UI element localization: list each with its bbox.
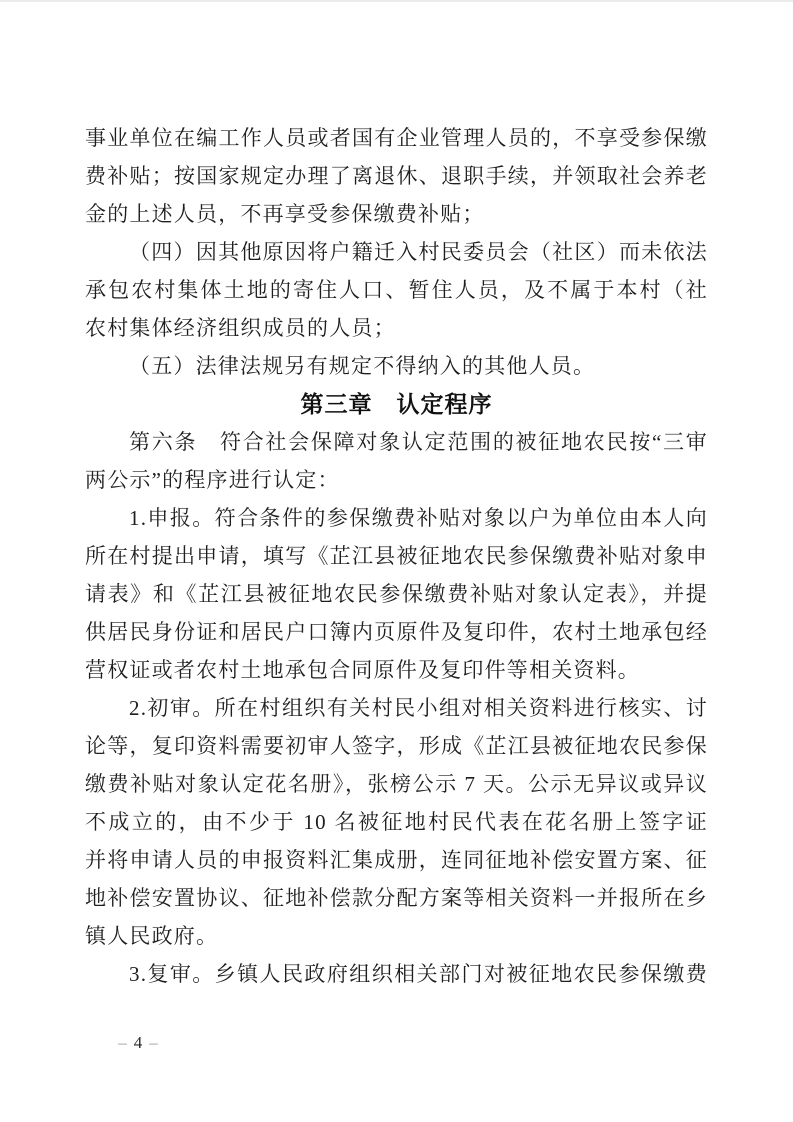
text-line: 镇人民政府。 <box>85 917 708 955</box>
paragraph-step1-declare: 1.申报。符合条件的参保缴费补贴对象以户为单位由本人向 所在村提出申请，填写《芷… <box>85 499 708 689</box>
page-number: 4 <box>134 1033 143 1052</box>
page-footer: –4– <box>85 1033 191 1053</box>
text-line: 不成立的，由不少于 10 名被征地村民代表在花名册上签字证明， <box>85 803 708 841</box>
text-line: （四）因其他原因将户籍迁入村民委员会（社区）而未依法 <box>85 233 708 271</box>
text-line: 地补偿安置协议、征地补偿款分配方案等相关资料一并报所在乡 <box>85 879 708 917</box>
paragraph-step3-re-review: 3.复审。乡镇人民政府组织相关部门对被征地农民参保缴费 <box>85 955 708 993</box>
paragraph-continuation: 事业单位在编工作人员或者国有企业管理人员的，不享受参保缴 费补贴；按国家规定办理… <box>85 119 708 233</box>
paragraph-step2-initial-review: 2.初审。所在村组织有关村民小组对相关资料进行核实、讨 论等，复印资料需要初审人… <box>85 689 708 955</box>
text-line: 农村集体经济组织成员的人员； <box>85 309 708 347</box>
text-line: 事业单位在编工作人员或者国有企业管理人员的，不享受参保缴 <box>85 119 708 157</box>
text-line: 3.复审。乡镇人民政府组织相关部门对被征地农民参保缴费 <box>85 955 708 993</box>
text-line: 营权证或者农村土地承包合同原件及复印件等相关资料。 <box>85 651 708 689</box>
chapter-heading: 第三章 认定程序 <box>85 385 708 423</box>
page-number-dash-left: – <box>118 1033 127 1052</box>
text-line: 2.初审。所在村组织有关村民小组对相关资料进行核实、讨 <box>85 689 708 727</box>
page-number-dash-right: – <box>149 1033 158 1052</box>
text-line: （五）法律法规另有规定不得纳入的其他人员。 <box>85 347 708 385</box>
paragraph-article-six: 第六条 符合社会保障对象认定范围的被征地农民按“三审 两公示”的程序进行认定： <box>85 423 708 499</box>
text-line: 两公示”的程序进行认定： <box>85 461 708 499</box>
text-line: 供居民身份证和居民户口簿内页原件及复印件，农村土地承包经 <box>85 613 708 651</box>
paragraph-item-four: （四）因其他原因将户籍迁入村民委员会（社区）而未依法 承包农村集体土地的寄住人口… <box>85 233 708 347</box>
text-line: 所在村提出申请，填写《芷江县被征地农民参保缴费补贴对象申 <box>85 537 708 575</box>
text-line: 请表》和《芷江县被征地农民参保缴费补贴对象认定表》，并提 <box>85 575 708 613</box>
document-page: { "content": { "para_continuation": { "l… <box>0 0 793 1122</box>
document-body: 事业单位在编工作人员或者国有企业管理人员的，不享受参保缴 费补贴；按国家规定办理… <box>85 119 708 993</box>
text-line: 论等，复印资料需要初审人签字，形成《芷江县被征地农民参保 <box>85 727 708 765</box>
text-line: 缴费补贴对象认定花名册》，张榜公示 7 天。公示无异议或异议 <box>85 765 708 803</box>
text-line: 金的上述人员，不再享受参保缴费补贴； <box>85 195 708 233</box>
text-line: 并将申请人员的申报资料汇集成册，连同征地补偿安置方案、征 <box>85 841 708 879</box>
text-line: 承包农村集体土地的寄住人口、暂住人员，及不属于本村（社区） <box>85 271 708 309</box>
paragraph-item-five: （五）法律法规另有规定不得纳入的其他人员。 <box>85 347 708 385</box>
text-line: 1.申报。符合条件的参保缴费补贴对象以户为单位由本人向 <box>85 499 708 537</box>
scan-edge-artifact <box>0 0 793 2</box>
text-line: 第六条 符合社会保障对象认定范围的被征地农民按“三审 <box>85 423 708 461</box>
text-line: 费补贴；按国家规定办理了离退休、退职手续，并领取社会养老 <box>85 157 708 195</box>
